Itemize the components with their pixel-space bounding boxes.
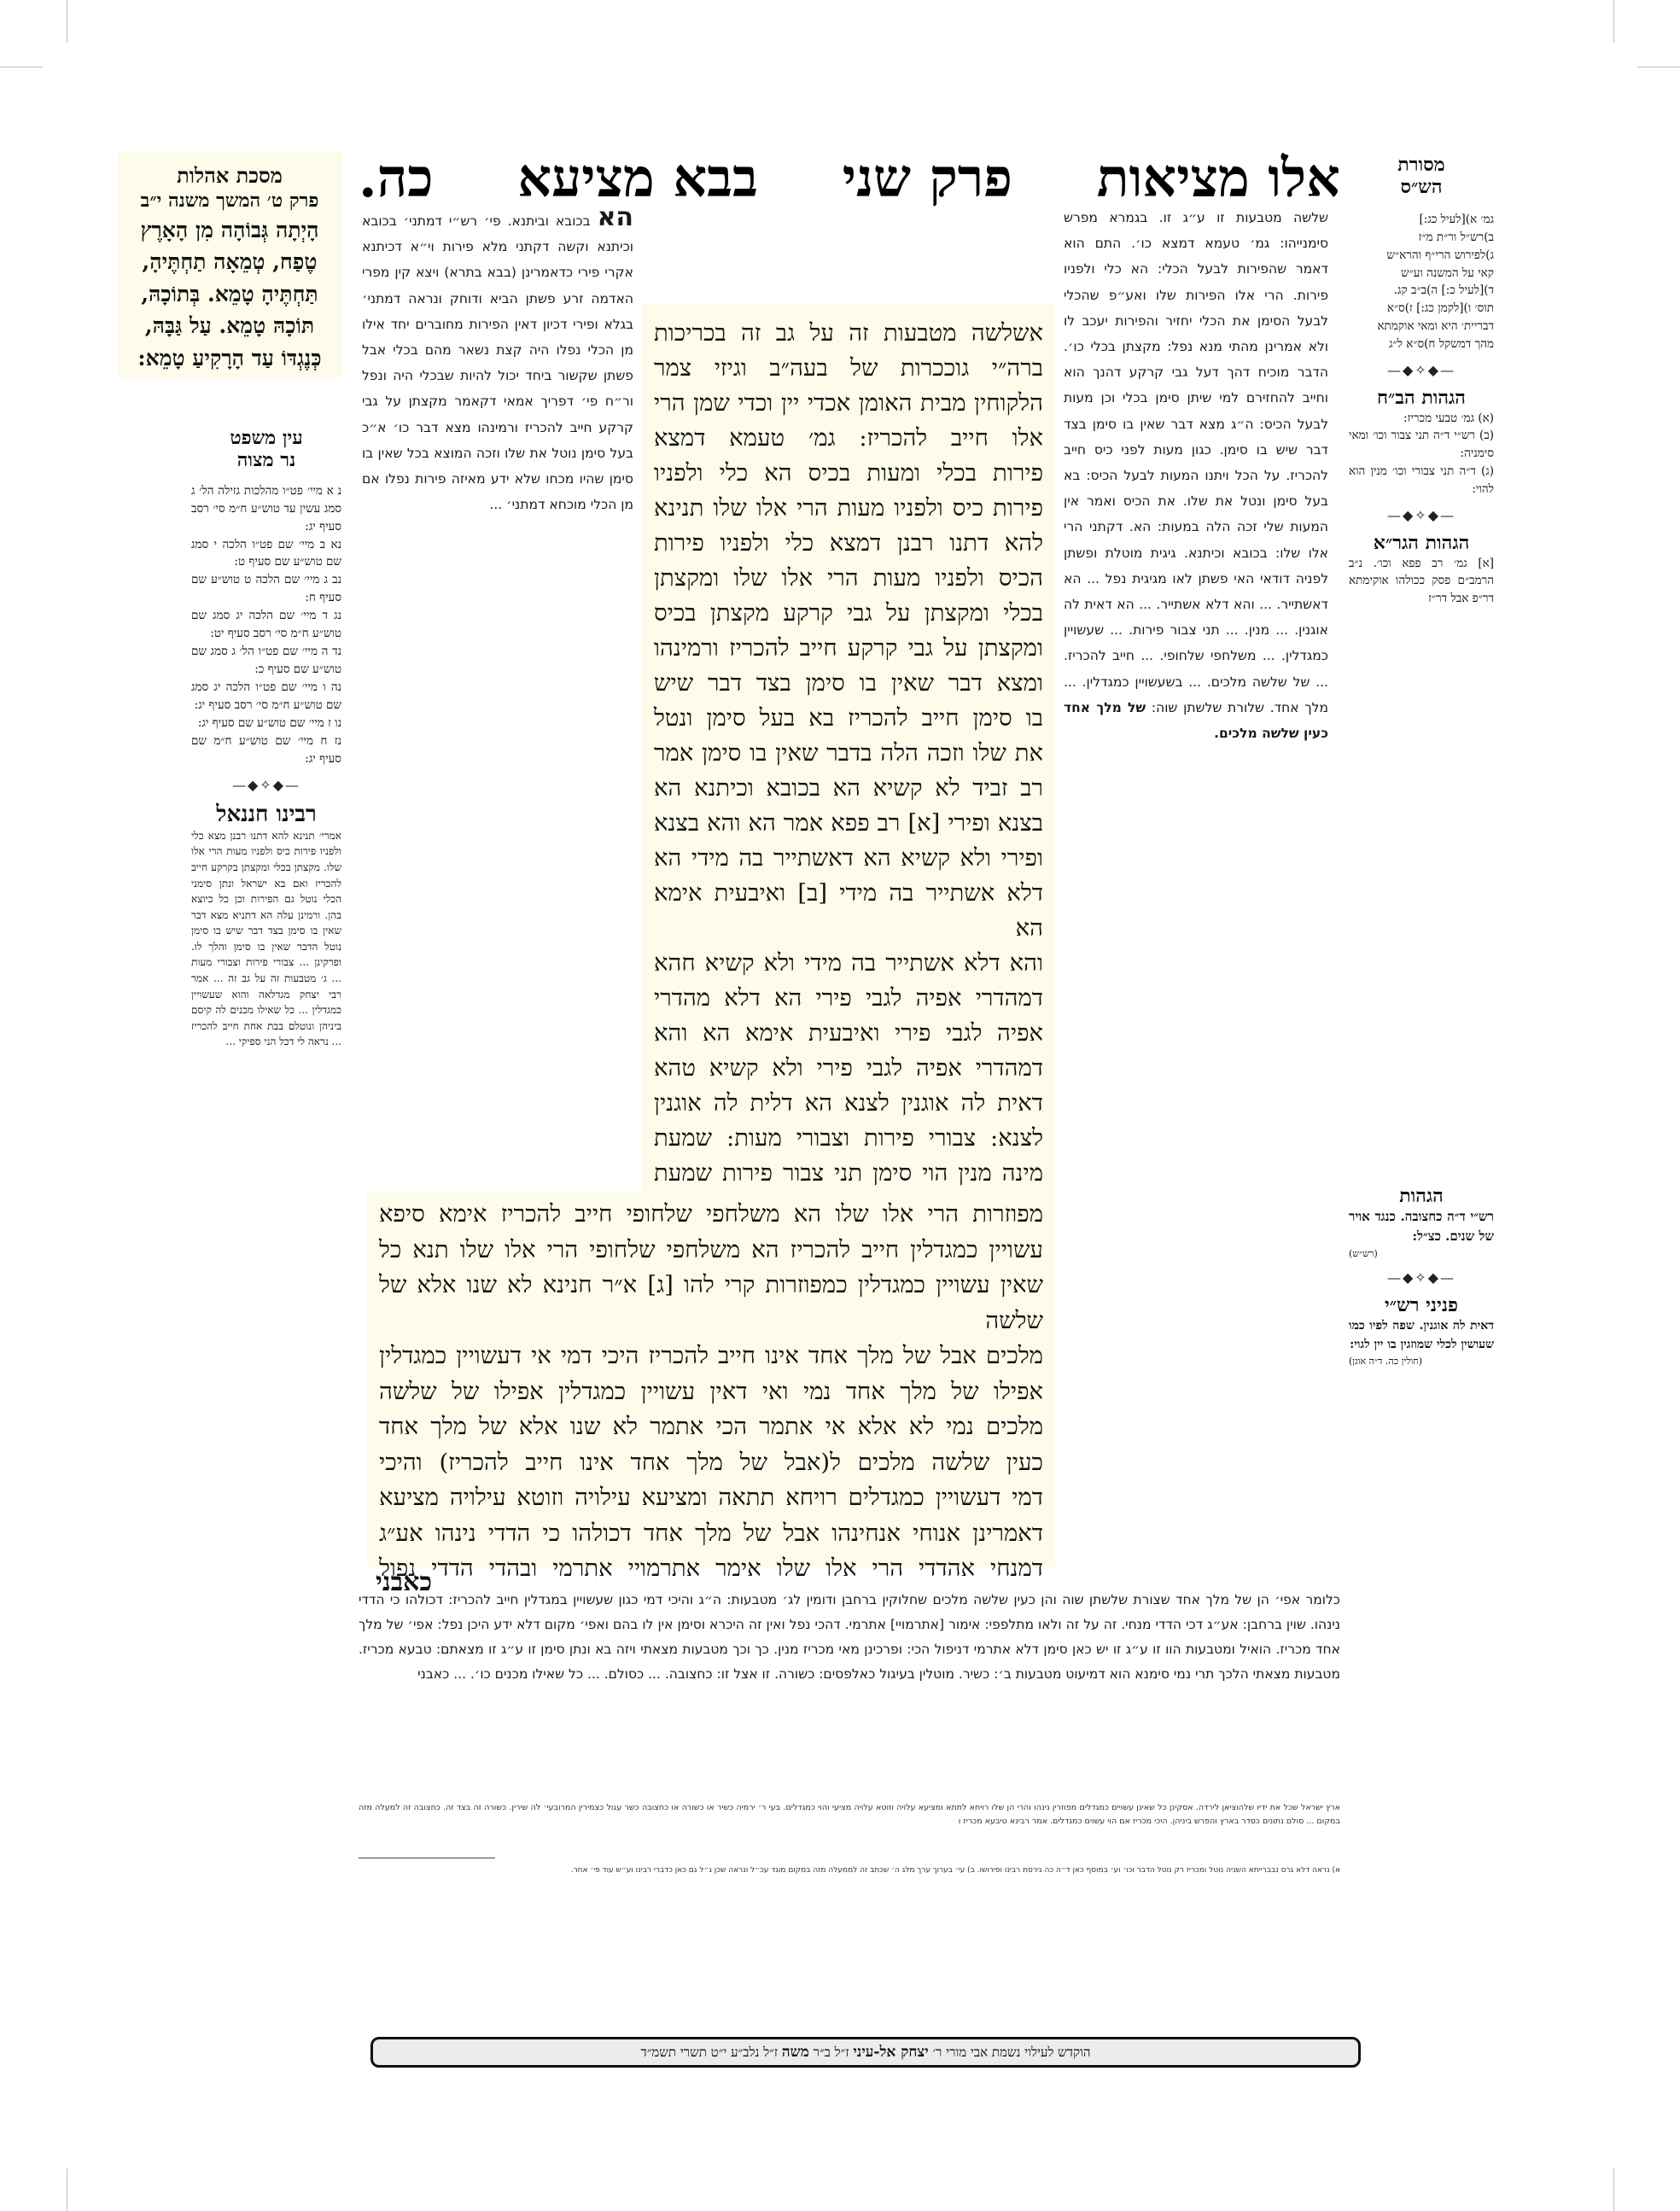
gemara-line: דמנחי אהדדי הרי אלו שלו אימר אתרמויי אתר… [379,1551,1043,1587]
mishna-line: הָיְתָה גְּבוֹהָה מִן הָאָרֶץ [126,215,333,246]
pninei-rashi-source: (חולין כה. ד״ה אוגן) [1349,1354,1494,1368]
rabbeinu-chananel-title: רבינו חננאל [191,802,341,828]
ein-mishpat-entry: נ א מיי׳ פט״ו מהלכות גזילה הל׳ ג סמג עשי… [191,482,341,536]
gemara-line: אפיה לגבי פירי ואיבעית אימא הא והא [654,1016,1043,1051]
hagahot-text: רש״י ד״ה כחצובה. כנגד אויר של שנים. כצ״ל… [1349,1207,1494,1247]
hagahot-habach-item: (א) גמ׳ טבעי מכריז: [1349,410,1494,428]
ein-mishpat-title: עין משפט [191,427,341,449]
dedication-middle: ז״ל ב״ר [814,2045,849,2061]
ein-mishpat-entry: נו ז מיי׳ שם טוש״ע שם סעיף יג: [191,715,341,732]
gemara-line: שאין עשויין כמגדלין כמפוזרות קרי להו [ג]… [379,1268,1043,1339]
chapter-name: אלו מציאות [1097,152,1340,205]
crop-mark [67,2168,67,2211]
hagahot-hagra-title: הגהות הגר״א [1349,532,1494,554]
gemara-line: דאמרינן אנוחי אנחינהו אבל של מלך אחד דכו… [379,1516,1043,1552]
rashi-text: מן הכלי נפלו היה קצת נשאר מהם בכלי אבל פ… [362,342,633,512]
crop-mark [1637,67,1680,67]
dedication-prefix: הוקדש לעילוי נשמת אבי מורי ר׳ [933,2045,1091,2061]
dedication-suffix: ז״ל נלב״ע י״ט תשרי תשמ״ד [640,2045,778,2061]
gemara-line: אפילו של מלך אחד נמי ואי דאין עשויין כמג… [379,1374,1043,1410]
masoret-line: ד)[לעיל כ:] ה)ב״ב קג. [1349,282,1494,300]
rashi-text-top: בכובא וביתנא. פי׳ רש״י דמתני׳ בכובא וכית… [362,213,633,332]
page-header: אלו מציאות פרק שני בבא מציעא כה. [359,145,1340,205]
tractate-name: בבא מציעא [517,152,758,205]
ornament-divider-icon: —◆✧◆— [1349,1269,1494,1286]
ein-mishpat: עין משפט נר מצוה נ א מיי׳ פט״ו מהלכות גז… [191,427,341,1494]
mishna-chapter-subtitle: פרק ט׳ המשך משנה י״ב [126,189,333,213]
gemara-line: רב זביד לא קשיא הא בכובא וכיתנא הא [654,771,1043,806]
footnote-line: א) נראה דלא גרס נבברייתא השניה נוטל ומכר… [359,1863,1340,1880]
mishna-line: תּוֹכָהּ טָמֵא. עַל גַּבָּהּ, [126,311,333,341]
gemara-line: הלקוחין מבית האומן אכדי יין וכדי שמן הרי [654,386,1043,421]
daf-number: כה. [359,152,434,205]
ein-mishpat-entry: נד ה מיי׳ שם פט״ו הל׳ ג סמג שם טוש״ע שם … [191,643,341,679]
gemara-line: מפוזרות הרי אלו שלו הא משלחפי שלחופי חיי… [379,1197,1043,1233]
ein-mishpat-entry: נה ו מיי׳ שם פט״ו הלכה יג סמג שם טוש״ע ח… [191,679,341,715]
gemara-line: ומקצתן על גבי קרקע חייב להכריז ורמינהו [654,631,1043,666]
hagahot-habach-item: (ג) ד״ה תני צבורי וכו׳ מנין הוא להוי: [1349,463,1494,499]
dedication-bar: הוקדש לעילוי נשמת אבי מורי ר׳ יצחק אל-עי… [370,2037,1361,2068]
masoret-line: תוס׳ ו)[לקמן כג:] ז)ס״א [1349,300,1494,318]
gemara-line: פירות כיס ולפניו מעות הרי אלו שלו תנינא [654,491,1043,526]
gemara-line: בו סימן חייב להכריז בא בעל סימן ונטל [654,701,1043,736]
masoret-line: ב)רש״ל ור״ת מ״ז [1349,229,1494,247]
mishna-line: טֶפַח, טְמֵאָה תַחְתֶּיהָ, [126,247,333,277]
masoret-line: דבריית׳ היא ומאי אוקמתא [1349,318,1494,335]
pninei-rashi-title: פניני רש״י [1349,1294,1494,1316]
hagahot-hagra-item: [א] גמ׳ רב פפא וכו׳. נ״ב הרמב״ם פסק ככול… [1349,555,1494,1170]
gemara-line: מלכים אבל של מלך אחד אינו חייב להכריז הי… [379,1339,1043,1374]
gemara-line: דאית לה אוגנין לצנא הא דלית לה אוגנין [654,1086,1043,1121]
gemara-line: פירות בכלי ומעות בכיס הא כלי ולפניו [654,456,1043,491]
masoret-line: מהך דמשקל ח)ס״א ל״ג [1349,335,1494,353]
ornament-divider-icon: —◆✧◆— [1349,507,1494,523]
gemara-line: ופירי ולא קשיא הא דאשתייר בה מידי הא [654,841,1043,876]
gemara-line: אשלשה מטבעות זה על גב זה בכריכות [654,316,1043,351]
gemara-line: דמהדרי אפיה לגבי פירי ולא קשיא טהא [654,1051,1043,1086]
gemara-line: והא דלא אשתייר בה מידי ולא קשיא חהא [654,946,1043,981]
gemara-line: מינה מנין הוי סימן תני צבור פירות שמעת [654,1156,1043,1191]
gemara-line: ברה״י גוככרות של בעה״ב וגיזי צמר [654,351,1043,386]
gemara-text-wide: מפוזרות הרי אלו שלו הא משלחפי שלחופי חיי… [367,1192,1055,1567]
gemara-line: להא דתנו רבנן דמצא כלי ולפניו פירות [654,526,1043,561]
hagahot-title: הגהות [1349,1185,1494,1207]
gemara-line: דלא אשתייר בה מידי [ב] ואיבעית אימא הא [654,876,1043,946]
chapter-number: פרק שני [843,152,1012,205]
tosafot-text: שלשה מטבעות זו ע״ג זו. בגמרא מפרש סימניי… [1064,210,1328,715]
footnote-divider [359,1858,495,1858]
mishna-tractate-title: מסכת אהלות [126,162,333,189]
gemara-line: אלו חייב להכריז: גמ׳ טעמא דמצא [654,421,1043,456]
crop-mark [67,0,67,43]
ein-mishpat-entry: נז ח מיי׳ שם טוש״ע ח״מ שם סעיף יג: [191,732,341,768]
bottom-commentary: כלומר אפי׳ הן של מלך אחד שצורת שלשתן שוה… [359,1588,1340,1776]
ein-mishpat-entry: נא ב מיי׳ שם פט״ו הלכה י סמג שם טוש״ע שם… [191,536,341,572]
mishna-line: תַּחְתֶּיהָ טָמֵא. בְּתוֹכָהּ, [126,279,333,310]
masoret-title: מסורת [1349,154,1494,176]
pninei-rashi-text: דאית לה אוגנין. שפה לפיו כמו שעושין לכלי… [1349,1317,1494,1354]
masoret-line: גמ׳ א)[לעיל כג:] [1349,211,1494,229]
ein-mishpat-entry: נג ד מיי׳ שם הלכה יג סמג שם טוש״ע ח״מ סי… [191,607,341,643]
ornament-divider-icon: —◆✧◆— [1349,362,1494,378]
gemara-line: כעין שלשה מלכים ל(אבל של מלך אחד אינו חי… [379,1445,1043,1481]
gemara-line: עשויין כמגדלין חייב להכריז הא משלחפי שלח… [379,1233,1043,1269]
tosafot-commentary: שלשה מטבעות זו ע״ג זו. בגמרא מפרש סימניי… [1064,205,1328,1571]
masoret-title-2: הש״ס [1349,176,1494,198]
gemara-line: בצנא ופירי [א] רב פפא אמר הא והא בצנא [654,806,1043,841]
hagahot-habach-title: הגהות הב״ח [1349,387,1494,409]
dedication-name: יצחק אל-עיני [853,2044,928,2061]
mishna-box: מסכת אהלות פרק ט׳ המשך משנה י״ב הָיְתָה … [118,152,341,377]
dedication-father: משה [782,2044,809,2061]
gemara-line: לצנא: צבורי פירות וצבורי מעות: שמעת [654,1121,1043,1156]
mishna-line: כְּנֶגְדּוֹ עַד הָרָקִיעַ טָמֵא: [126,343,333,374]
gemara-line: הכיס ולפניו מעות הרי אלו שלו ומקצתן [654,561,1043,596]
gemara-line: ומצא דבר שאין בו סימן בצד דבר שיש [654,666,1043,701]
gemara-line: את שלו וזכה הלה בדבר שאין בו סימן אמר [654,736,1043,771]
hagahot-source: (רש״ש) [1349,1246,1494,1261]
masoret-line: קאי על המשנה וע״ש [1349,265,1494,283]
crop-mark [1613,0,1614,43]
hagahot-habach-item: (ב) רש״י ד״ה תני צבור וכו׳ ומאי סימניה: [1349,427,1494,463]
ein-mishpat-title-2: נר מצוה [191,449,341,471]
crop-mark [0,67,43,67]
gemara-line: מלכים נמי לא אלא אי אתמר הכי אתמר לא שנו… [379,1409,1043,1445]
rashi-opening-word: הא [598,205,633,232]
rashi-commentary: הא בכובא וביתנא. פי׳ רש״י דמתני׳ בכובא ו… [362,205,633,1187]
gemara-line: דמהדרי אפיה לגבי פירי הא דלא מהדרי [654,981,1043,1016]
gemara-line: בכלי ומקצתן על גבי קרקע מקצתן בכיס [654,596,1043,631]
masoret-hashas: מסורת הש״ס גמ׳ א)[לעיל כג:] ב)רש״ל ור״ת … [1349,154,1494,1368]
crop-mark [1613,2168,1614,2211]
rabbeinu-chananel-text: אמרי׳ תנינא להא דתנו רבנן מצא כלי ולפניו… [191,828,341,1494]
ein-mishpat-entry: נב ג מיי׳ שם הלכה ט טוש״ע שם סעיף ח: [191,571,341,607]
gemara-line: דמי דעשויין כמגדלים רויחא תתאה ומציעא עי… [379,1480,1043,1516]
ornament-divider-icon: —◆✧◆— [191,777,341,793]
masoret-line: ג)לפירוש הרי״ף והרא״ש [1349,247,1494,265]
footnote-block: ארץ ישראל שכל את ידיו שלהוציאן לירדה. אס… [359,1801,1340,1844]
gemara-text: אשלשה מטבעות זה על גב זה בכריכות ברה״י ג… [642,304,1055,1192]
